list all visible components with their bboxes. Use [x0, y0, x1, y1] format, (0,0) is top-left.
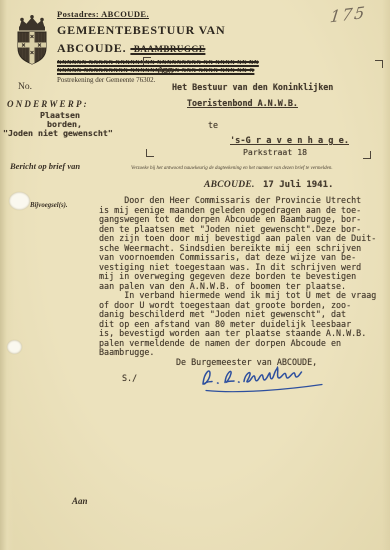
closing-ref-mark: S./	[122, 373, 137, 383]
subject-label: ONDERWERP:	[7, 99, 89, 109]
scanned-letter-page: { "page": { "annotation_number": "175" }…	[0, 0, 390, 550]
recipient-street: Parkstraat 18	[243, 147, 307, 157]
address-corner-mark-tr	[375, 60, 383, 68]
footer-aan-label: Aan	[72, 496, 88, 506]
punch-hole-bottom	[7, 340, 22, 354]
mayor-signature-icon	[196, 361, 331, 401]
subject-line-3: "Joden niet gewenscht"	[3, 128, 113, 138]
recipient-city: 's-G r a v e n h a g e.	[230, 136, 349, 146]
letter-body: Door den Heer Commissaris der Provincie …	[99, 196, 389, 358]
reply-ref-label: Bericht op brief van	[10, 161, 80, 171]
letterhead-struck-name: -BAAMBRUGGE	[130, 44, 205, 54]
dateline-date: 17 Juli 1941.	[263, 180, 333, 190]
recipient-te: te	[208, 120, 218, 130]
punch-hole-top	[9, 192, 30, 210]
enclosures-label: Bijvoegsel(s).	[30, 202, 68, 209]
recipient-salutation: Aan	[158, 65, 173, 75]
dateline-place: ABCOUDE.	[204, 180, 255, 190]
abcoude-coat-of-arms-icon	[13, 14, 51, 71]
recipient-line1: Het Bestuur van den Koninklijken	[172, 82, 333, 92]
recipient-line2: Toeristenbond A.N.W.B.	[187, 98, 298, 108]
pencil-annotation-number: 175	[329, 3, 368, 27]
reply-notice: Verzoeke bij het antwoord nauwkeurig de …	[131, 166, 333, 171]
letterhead-org-line1: GEMEENTEBESTUUR VAN	[57, 23, 259, 38]
address-corner-mark-tl	[143, 57, 151, 65]
address-corner-mark-bl	[146, 149, 154, 157]
address-corner-mark-br	[363, 151, 371, 159]
letterhead-org-line2: ABCOUDE.	[57, 41, 126, 55]
letterhead-postal-line: Postadres: ABCOUDE.	[57, 9, 259, 19]
no-label: No.	[18, 82, 32, 92]
